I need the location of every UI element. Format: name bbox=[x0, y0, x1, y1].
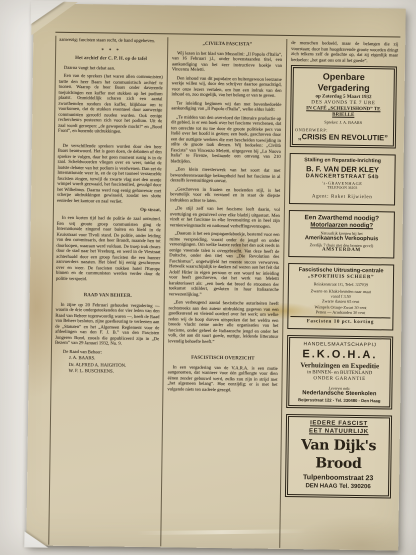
ad-zwarthemd: Een Zwarthemd noodig? Motorlaarzen noodi… bbox=[288, 210, 395, 259]
ad-speaker: Spreker: J. A. BAARS bbox=[295, 119, 391, 126]
paragraph-fragment: de menschen bedoeld, maar de belangen di… bbox=[291, 40, 398, 63]
heading-op-straat: Op straat. bbox=[57, 207, 161, 213]
heading-raad-van-beheer: RAAD VAN BEHEER. bbox=[56, 293, 160, 300]
paragraph: Den inhoud van dit populaire en buitenge… bbox=[172, 75, 282, 99]
ad-phone: TELEFOON 36103 bbox=[292, 185, 392, 191]
photo-background: aanwezig; fascisten staan recht, de hand… bbox=[0, 0, 416, 555]
paragraph: Wij lezen in het blad van Mussolini: „Il… bbox=[172, 50, 282, 74]
paragraph-fragment: aanwezig; fascisten staan recht, de hand… bbox=[59, 37, 163, 44]
signature: W. F. L. BUSCHKENS. bbox=[69, 369, 159, 376]
ad-line: Petten — Armbanden 30 cent bbox=[290, 309, 390, 316]
heading-civilta-fascista: „CIVILTA FASCISTA” bbox=[172, 41, 282, 48]
column-right: de menschen bedoeld, maar de belangen di… bbox=[280, 39, 400, 550]
ad-line: ONDER GARANTIE bbox=[292, 377, 388, 385]
page-corner-fold bbox=[31, 0, 65, 24]
paragraph: „Daarom is het een propagandaboekje, bes… bbox=[169, 230, 280, 298]
heading-archief: Het archief der C. P. H. op de tafel bbox=[59, 56, 163, 63]
page-content: aanwezig; fascisten staan recht, de hand… bbox=[48, 32, 400, 546]
ad-line: Reinkenstraat 1G, Telef. 337039 bbox=[291, 281, 391, 288]
ad-line: Fascisten 10 pct. korting bbox=[290, 316, 390, 327]
paragraph: Een van de sprekers (het waren allen com… bbox=[58, 73, 163, 135]
paragraph: „Een verheugend aantal fascistische auto… bbox=[168, 299, 279, 345]
ad-subject: „CRISIS EN REVOLUTIE” bbox=[295, 132, 391, 143]
paragraph: Ter inleiding beginnen wij dan met boven… bbox=[171, 100, 281, 113]
ad-line: Beijersstraat 122 - Tel. 330480 - Den Ha… bbox=[291, 397, 387, 404]
ad-city: DEN HAAG Tel. 390206 bbox=[290, 483, 386, 492]
signoff: De Raad van Beheer: bbox=[63, 349, 159, 356]
ad-openbare-vergadering: Openbare Vergadering op Zaterdag 5 Maart… bbox=[290, 65, 397, 149]
paragraph: Daarna vangt het debat aan. bbox=[59, 64, 163, 71]
ad-title: Openbare Vergadering bbox=[296, 71, 392, 95]
paragraph: „Een klein meesterwerk van het soort dat… bbox=[170, 166, 280, 184]
ad-line: AMSTERDAM bbox=[291, 247, 391, 255]
ad-name: Van Dijk's Brood bbox=[290, 437, 386, 473]
paragraph: In een korten tijd had de politie de zaa… bbox=[56, 215, 161, 282]
paragraph: In zijne op 20 Februari gehouden vergade… bbox=[55, 301, 160, 346]
column-middle: „CIVILTA FASCISTA” Wij lezen in het blad… bbox=[161, 37, 287, 548]
ad-ekoha: HANDELSMAATSCHAPPIJ E.K.O.H.A. Verhuizin… bbox=[286, 335, 393, 409]
ad-sporthuis-scheer: Fascistische Uitrusting-centrale „SPORTH… bbox=[287, 263, 394, 330]
ad-name: E.K.O.H.A. bbox=[292, 348, 388, 363]
section-divider: * * * bbox=[59, 46, 163, 53]
page-corner-fold-bottom bbox=[24, 531, 48, 547]
paragraph: „De stijl zelf van het fascisme leeft da… bbox=[170, 205, 280, 229]
heading-fascistisch-overzicht: FASCISTISCH OVERZICHT bbox=[168, 355, 278, 362]
paragraph: In een vergadering van de V.A.R.A. is ee… bbox=[167, 364, 277, 393]
paragraph: De verschillende sprekers worden door de… bbox=[57, 142, 162, 204]
ad-van-dijks-brood: IEDERE FASCIST EET NATUURLIJK Van Dijk's… bbox=[285, 414, 392, 498]
paragraph: „Geschreven in fraaien en boeienden stij… bbox=[170, 186, 280, 204]
newspaper-page: aanwezig; fascisten staan recht, de hand… bbox=[26, 3, 406, 550]
ad-line: EET NATUURLIJK bbox=[291, 428, 387, 437]
column-layout: aanwezig; fascisten staan recht, de hand… bbox=[48, 32, 400, 550]
ad-van-der-kley: Stalling en Reparatie-Inrichting B. F. V… bbox=[289, 153, 396, 205]
ad-agent: Agent: Raket Rijwielen bbox=[292, 194, 392, 202]
paragraph: „Te midden van den overvloed der littera… bbox=[171, 114, 282, 165]
column-left: aanwezig; fascisten staan recht, de hand… bbox=[48, 36, 168, 547]
